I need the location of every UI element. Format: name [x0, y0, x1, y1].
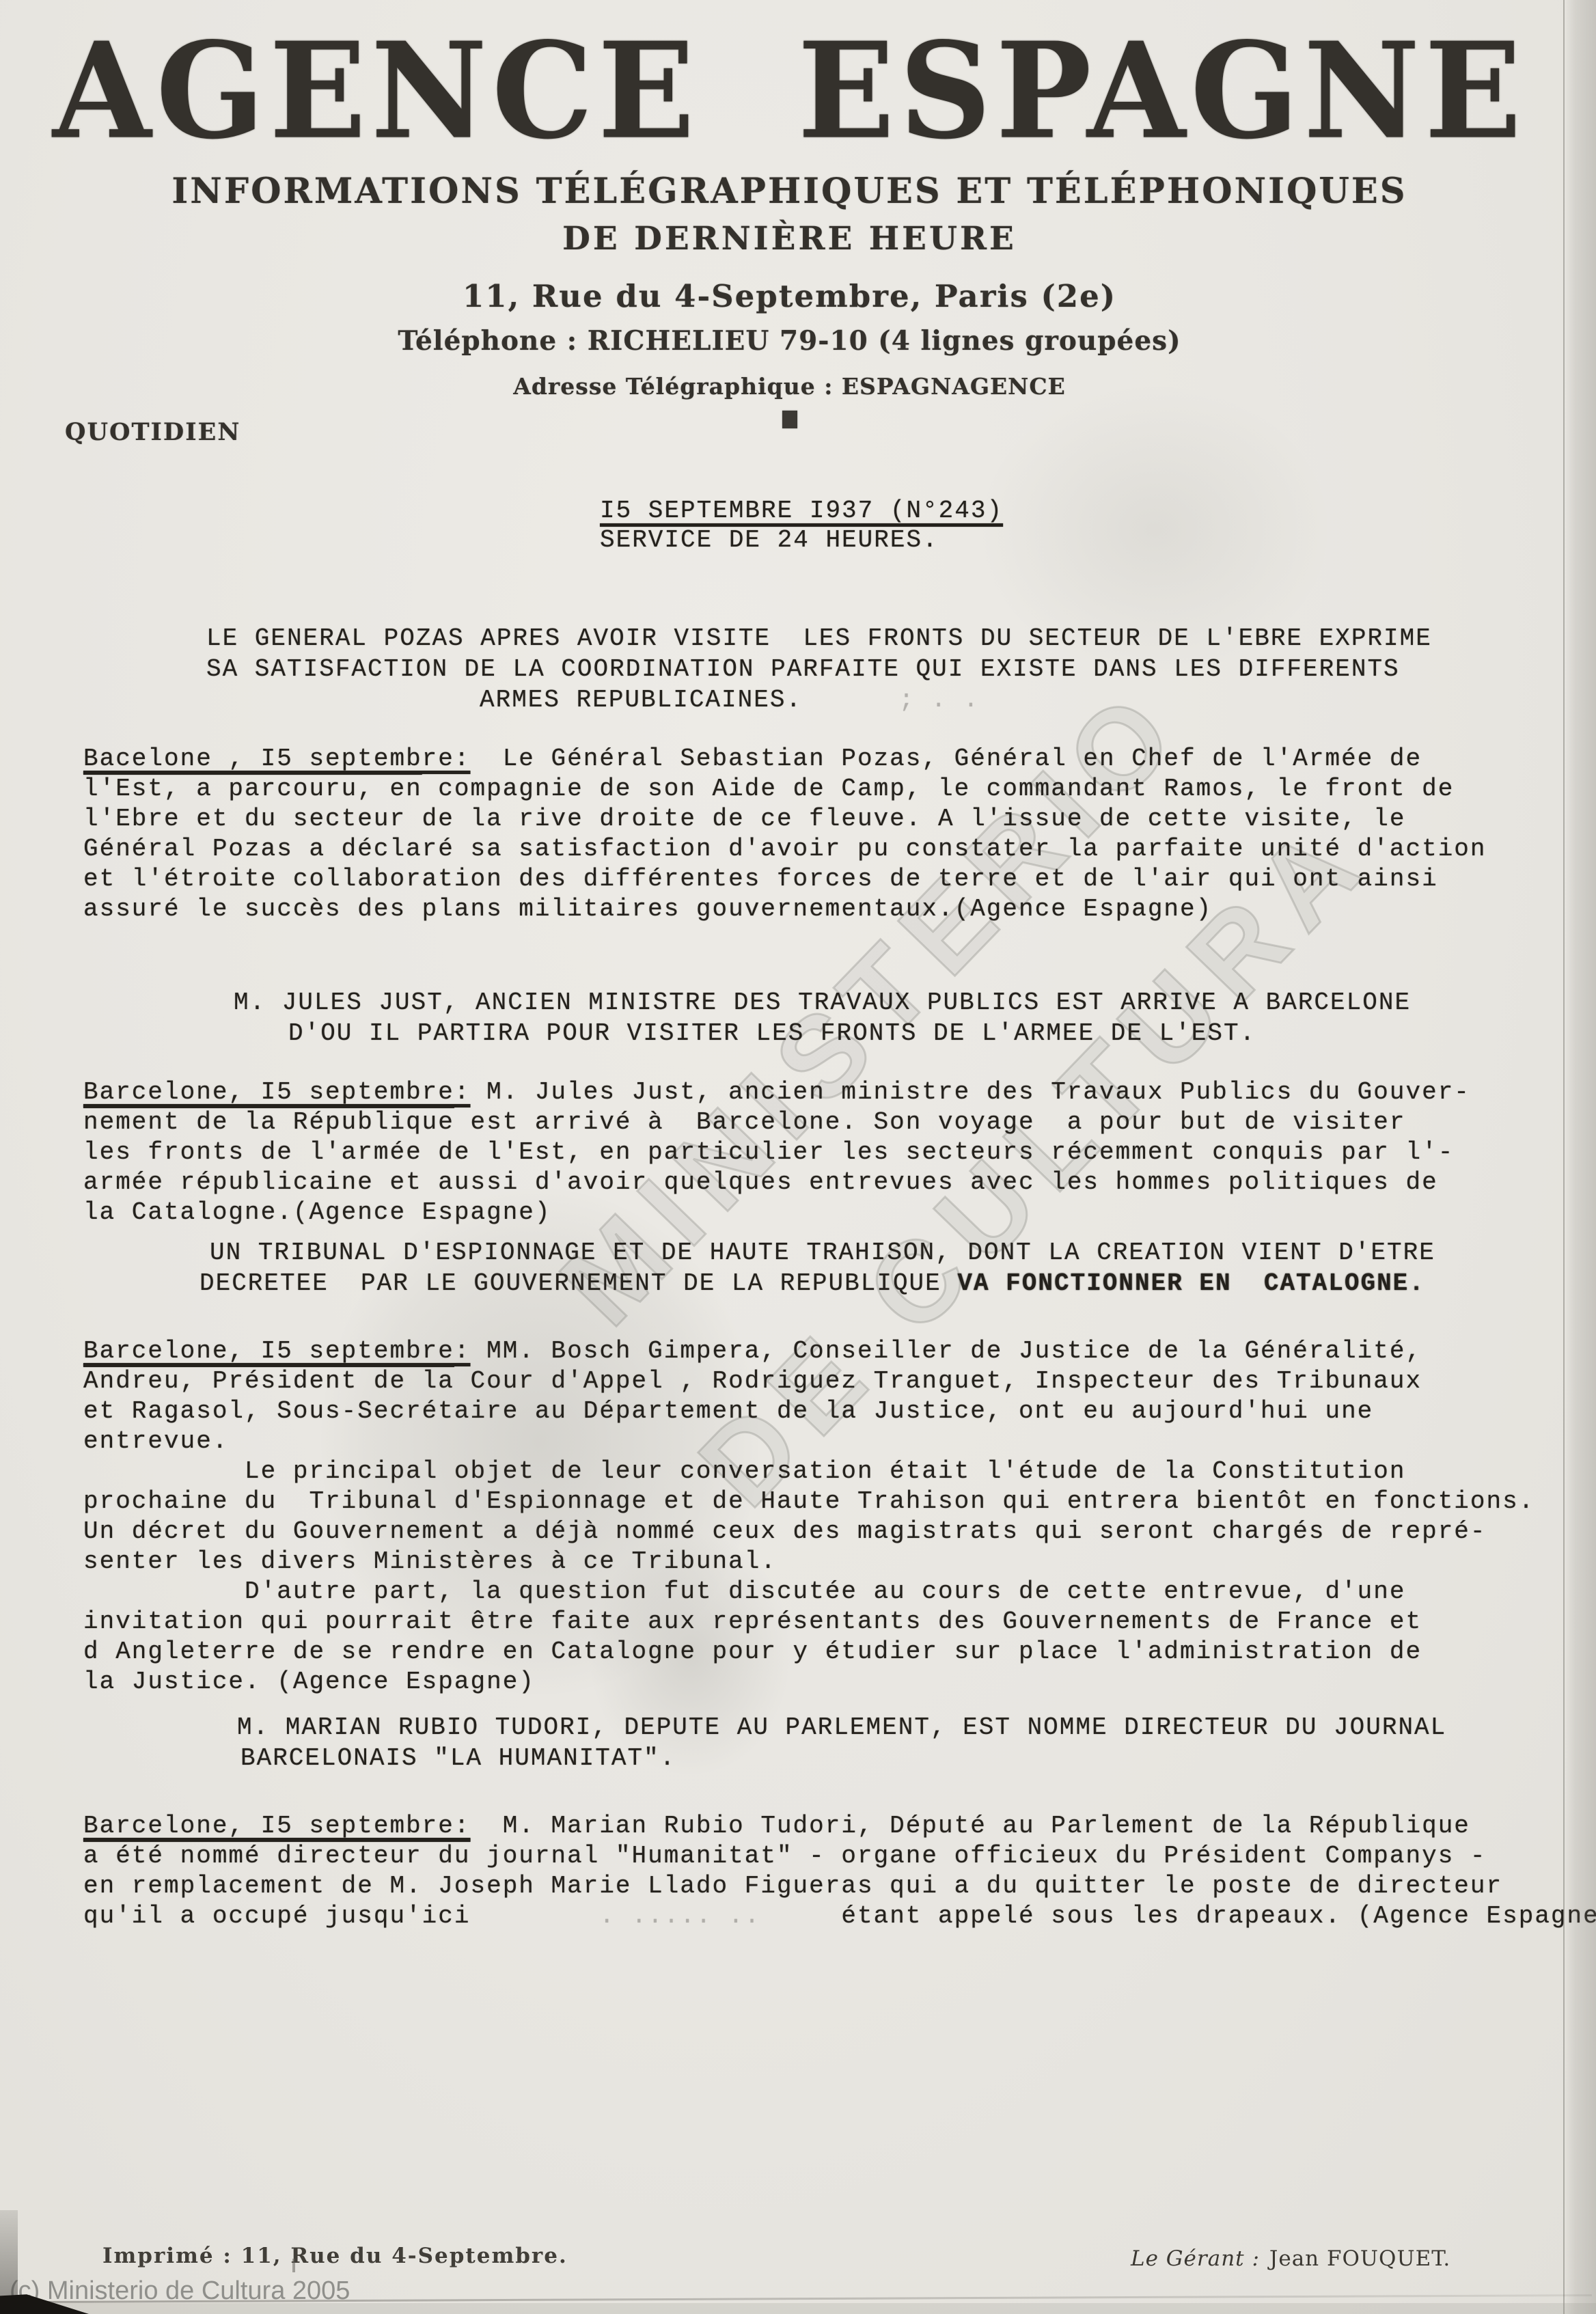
text-segment: Andreu, Président de la — [83, 1367, 454, 1395]
text-segment: la Justice. (Agence Espagne) — [83, 1668, 535, 1696]
article: UN TRIBUNAL D'ESPIONNAGE ET DE HAUTE TRA… — [83, 1237, 1525, 1697]
text-segment: . ..... .. — [470, 1902, 760, 1930]
text-segment: invitation qui pourrait être faite aux r… — [83, 1608, 1422, 1636]
text-segment: Cour d'Appel , Rodriguez Tranguet, Inspe… — [454, 1367, 1422, 1395]
article-body: Bacelone , I5 septembre: Le Général Seba… — [83, 744, 1525, 924]
body-line: l'Est, a parcouru, en compagnie de son A… — [83, 774, 1525, 804]
issue-date-text: I5 SEPTEMBRE I937 (N°243) — [600, 497, 1003, 525]
body-line: nement de la République est arrivé à Bar… — [83, 1107, 1525, 1138]
text-segment: M. MARIAN RUBIO TUDORI, DEPUTE AU PARLEM… — [237, 1713, 1446, 1741]
text-segment: M. Marian Rubio Tudori, Député au Parlem… — [470, 1812, 1470, 1840]
text-segment: les fronts de l'armée de l'Est, en parti… — [83, 1138, 1454, 1166]
text-segment: VA FONCTIONNER EN CATALOGNE. — [957, 1269, 1425, 1297]
article-headline: LE GENERAL POZAS APRES AVOIR VISITE LES … — [83, 623, 1525, 715]
text-segment: ARMES REPUBLICAINES. — [480, 686, 802, 714]
article: M. MARIAN RUBIO TUDORI, DEPUTE AU PARLEM… — [83, 1712, 1525, 1931]
text-segment: SA SATISFACTION DE LA COORDINATION PARFA… — [206, 655, 1400, 683]
body-line: Andreu, Président de la Cour d'Appel , R… — [83, 1366, 1525, 1396]
article: M. JULES JUST, ANCIEN MINISTRE DES TRAVA… — [83, 987, 1525, 1228]
body-line: Barcelone, I5 septembre: MM. Bosch Gimpe… — [83, 1336, 1525, 1366]
text-segment: entrevue. — [83, 1427, 228, 1455]
issue-service: SERVICE DE 24 HEURES. — [600, 525, 1003, 555]
manager-line: Le Gérant :Jean FOUQUET. — [1131, 2246, 1450, 2271]
body-line: armée républicaine et aussi d'avoir quel… — [83, 1168, 1525, 1198]
text-segment: Le Général Sebastian Pozas, Général en C… — [470, 745, 1422, 773]
body-line: les fronts de l'armée de l'Est, en parti… — [83, 1138, 1525, 1168]
text-segment: d Angleterre de se rendre en Catalogne p… — [83, 1638, 1422, 1666]
printer-imprint: Imprimé : 11, Rue du 4-Septembre. — [102, 2244, 568, 2268]
text-segment: qu'il a occupé jusqu'ici — [83, 1902, 470, 1930]
text-segment: ; . . — [802, 686, 980, 714]
text-segment: Bacelone , I5 septembre: — [83, 745, 470, 773]
body-line: Barcelone, I5 septembre: M. Jules Just, … — [83, 1077, 1525, 1107]
text-segment: Barcelone, I5 septembre: — [83, 1812, 470, 1840]
body-line: la Catalogne.(Agence Espagne) — [83, 1198, 1525, 1228]
body-line: qu'il a occupé jusqu'ici . ..... .. étan… — [83, 1901, 1525, 1931]
text-segment: étant appelé sous les drapeaux. (Agence … — [760, 1902, 1596, 1930]
masthead-phone: Téléphone : RICHELIEU 79-10 (4 lignes gr… — [48, 325, 1531, 357]
edition-label: QUOTIDIEN — [65, 418, 240, 446]
text-segment: Un décret du Gouvernement a déjà nommé c… — [83, 1517, 1487, 1545]
scanned-press-bulletin: { "masthead": { "title": "AGENCE ESPAGNE… — [0, 0, 1596, 2314]
text-segment: prochaine du Tribunal d'Espionnage et de… — [83, 1487, 1535, 1515]
text-segment: a été nommé directeur du — [83, 1842, 470, 1870]
article-headline: M. MARIAN RUBIO TUDORI, DEPUTE AU PARLEM… — [83, 1712, 1525, 1774]
body-line: en remplacement de M. Joseph Marie Llado… — [83, 1871, 1525, 1901]
body-line: Le principal objet de leur conversation … — [83, 1457, 1525, 1487]
body-line: invitation qui pourrait être faite aux r… — [83, 1607, 1525, 1637]
manager-label: Le Gérant : — [1131, 2246, 1260, 2271]
body-line: senter les divers Ministères à ce Tribun… — [83, 1547, 1525, 1577]
text-segment: l'Est, a parcouru, en — [83, 775, 422, 803]
body-line: a été nommé directeur du journal "Humani… — [83, 1841, 1525, 1871]
scanner-bed-strip — [0, 2303, 1596, 2314]
text-segment: armée républicaine et aussi d'avoir quel… — [83, 1168, 1438, 1196]
body-line: l'Ebre et du secteur de la rive droite d… — [83, 804, 1525, 834]
body-line: Bacelone , I5 septembre: Le Général Seba… — [83, 744, 1525, 774]
masthead-ornament-block — [782, 411, 797, 428]
masthead-subtitle-services: INFORMATIONS TÉLÉGRAPHIQUES ET TÉLÉPHONI… — [48, 171, 1531, 212]
masthead-subtitle-heure: DE DERNIÈRE HEURE — [48, 220, 1531, 258]
text-segment: M. JULES JUST, ANCIEN MINISTRE DES TRAVA… — [234, 989, 1411, 1017]
text-segment: DECRETEE PAR LE GOUVERNEMENT DE LA REPUB… — [199, 1269, 957, 1297]
scan-right-edge-shadow — [1563, 0, 1596, 2314]
headline-line: M. MARIAN RUBIO TUDORI, DEPUTE AU PARLEM… — [237, 1712, 1525, 1743]
text-segment: l'Ebre et du secteur de la rive droite d… — [83, 805, 1406, 833]
text-segment: Général Pozas a déclaré sa satisfaction … — [83, 835, 1487, 863]
text-segment: journal "Humanitat" - organe officieux d… — [470, 1842, 1486, 1870]
headline-line: UN TRIBUNAL D'ESPIONNAGE ET DE HAUTE TRA… — [210, 1237, 1525, 1268]
agency-title: AGENCE ESPAGNE — [48, 23, 1531, 158]
headline-line: LE GENERAL POZAS APRES AVOIR VISITE LES … — [206, 623, 1525, 654]
headline-line: D'OU IL PARTIRA POUR VISITER LES FRONTS … — [288, 1018, 1525, 1049]
headline-line: ARMES REPUBLICAINES. ; . . — [480, 685, 1525, 715]
text-segment: et l'étroite collaboration des différent… — [83, 865, 1438, 893]
issue-block: I5 SEPTEMBRE I937 (N°243) SERVICE DE 24 … — [600, 496, 1003, 555]
masthead-address: 11, Rue du 4-Septembre, Paris (2e) — [48, 278, 1531, 314]
article-body: Barcelone, I5 septembre: M. Jules Just, … — [83, 1077, 1525, 1228]
text-segment: senter les divers Ministères à ce Tribun… — [83, 1547, 777, 1575]
text-segment: en remplacement de M. Joseph Marie Llado… — [83, 1872, 1502, 1900]
text-segment: MM. Bosch Gimpera, Conseiller de Justice… — [470, 1337, 1422, 1365]
text-segment: la Catalogne.(Agence Espagne) — [83, 1198, 551, 1226]
body-line: Barcelone, I5 septembre: M. Marian Rubio… — [83, 1811, 1525, 1841]
article-headline: M. JULES JUST, ANCIEN MINISTRE DES TRAVA… — [83, 987, 1525, 1049]
text-segment: D'autre part, la question fut discutée a… — [83, 1578, 1406, 1606]
headline-line: SA SATISFACTION DE LA COORDINATION PARFA… — [206, 654, 1525, 685]
body-line: Général Pozas a déclaré sa satisfaction … — [83, 834, 1525, 864]
body-line: et l'étroite collaboration des différent… — [83, 864, 1525, 894]
text-segment: UN TRIBUNAL D'ESPIONNAGE ET DE HAUTE TRA… — [210, 1239, 1435, 1267]
text-segment: nement de la République — [83, 1108, 454, 1136]
text-segment: compagnie de son Aide de Camp, le comman… — [422, 775, 1455, 803]
scan-speck — [292, 2259, 295, 2272]
body-line: entrevue. — [83, 1427, 1525, 1457]
text-segment: M. Jules Just, ancien ministre des Trava… — [470, 1078, 1470, 1106]
issue-date: I5 SEPTEMBRE I937 (N°243) — [600, 496, 1003, 525]
text-segment: Le principal objet de leur conversation … — [83, 1457, 1406, 1485]
text-segment: et Ragasol, Sous-Secrétaire au Départeme… — [83, 1397, 1373, 1425]
article-headline: UN TRIBUNAL D'ESPIONNAGE ET DE HAUTE TRA… — [83, 1237, 1525, 1299]
text-segment: D'OU IL PARTIRA POUR VISITER LES FRONTS … — [288, 1019, 1256, 1047]
body-line: prochaine du Tribunal d'Espionnage et de… — [83, 1487, 1525, 1517]
text-segment: est arrivé à Barcelone. Son voyage a pou… — [454, 1108, 1406, 1136]
text-segment: Barcelone, I5 septembre: — [83, 1078, 470, 1106]
body-line: assuré le succès des plans militaires go… — [83, 894, 1525, 924]
headline-line: M. JULES JUST, ANCIEN MINISTRE DES TRAVA… — [234, 987, 1525, 1018]
body-line: d Angleterre de se rendre en Catalogne p… — [83, 1637, 1525, 1667]
body-line: la Justice. (Agence Espagne) — [83, 1667, 1525, 1697]
headline-line: BARCELONAIS "LA HUMANITAT". — [240, 1743, 1525, 1774]
articles: LE GENERAL POZAS APRES AVOIR VISITE LES … — [83, 623, 1525, 1994]
body-line: et Ragasol, Sous-Secrétaire au Départeme… — [83, 1396, 1525, 1427]
text-segment: assuré le succès des plans militaires go… — [83, 895, 1212, 923]
text-segment: LE GENERAL POZAS APRES AVOIR VISITE LES … — [206, 624, 1432, 652]
article-body: Barcelone, I5 septembre: MM. Bosch Gimpe… — [83, 1336, 1525, 1697]
article: LE GENERAL POZAS APRES AVOIR VISITE LES … — [83, 623, 1525, 924]
masthead-telegraph-address: Adresse Télégraphique : ESPAGNAGENCE — [48, 373, 1531, 400]
article-body: Barcelone, I5 septembre: M. Marian Rubio… — [83, 1811, 1525, 1931]
headline-line: DECRETEE PAR LE GOUVERNEMENT DE LA REPUB… — [199, 1268, 1525, 1299]
body-line: D'autre part, la question fut discutée a… — [83, 1577, 1525, 1607]
manager-name: Jean FOUQUET. — [1269, 2246, 1450, 2271]
text-segment: Barcelone, I5 septembre: — [83, 1337, 470, 1365]
text-segment: BARCELONAIS "LA HUMANITAT". — [240, 1744, 676, 1772]
body-line: Un décret du Gouvernement a déjà nommé c… — [83, 1517, 1525, 1547]
masthead: AGENCE ESPAGNE INFORMATIONS TÉLÉGRAPHIQU… — [48, 26, 1531, 428]
